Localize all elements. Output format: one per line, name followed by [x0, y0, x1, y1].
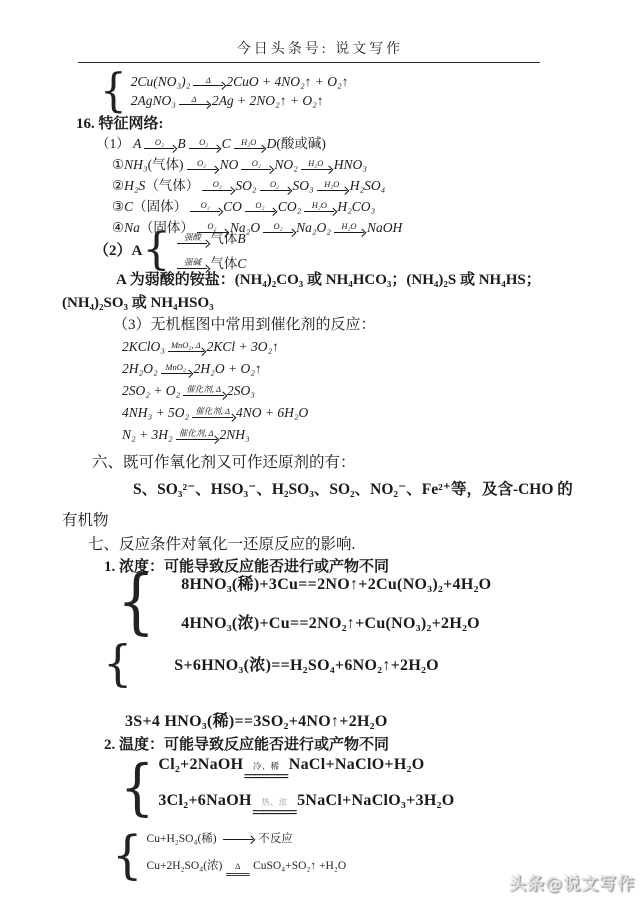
arrow-shaft [263, 232, 293, 233]
masthead-rule [78, 62, 540, 63]
eq-text: 2SO₃ [227, 383, 255, 398]
eq-text: B [177, 136, 185, 151]
eq-text: 3Cl₂+6NaOH [158, 792, 251, 809]
eq-text: （固体） [133, 199, 187, 214]
eq-text: 2Cu(NO₃)₂ [131, 74, 191, 89]
reaction-arrow-icon: O₂ [202, 180, 232, 191]
arrow-condition-label: 强酸 [181, 233, 204, 243]
eq-text: C [222, 136, 231, 151]
reaction-arrow-icon: O₂ [189, 138, 219, 149]
reaction-arrow-icon: 催化剂, Δ [183, 385, 224, 396]
reaction-arrow-icon: O₂ [144, 138, 174, 149]
eq-cu-nitrate: 2Cu(NO₃)₂Δ2CuO + 4NO₂↑ + O₂↑ [131, 74, 349, 90]
eq-cu-h2so4-dilute: Cu+H₂SO₄(稀) 不反应 [147, 830, 347, 846]
reaction-arrow-icon: H₂O [304, 201, 334, 212]
eq-text: (酸或碱) [276, 136, 326, 151]
eq-text: NaCl+NaClO+H₂O [289, 756, 425, 773]
document-page: 今日头条号: 说文写作 { 2Cu(NO₃)₂Δ2CuO + 4NO₂↑ + O… [0, 0, 640, 905]
eq-text: 气体 [210, 231, 237, 246]
brace: { [142, 228, 170, 272]
eq-text: NO [220, 157, 239, 172]
reaction-arrow-icon: Δ [193, 76, 223, 87]
arrow-shaft [192, 417, 233, 418]
eq-text: ② [112, 178, 124, 193]
eq-text: Cu+H₂SO₄(稀) [147, 833, 220, 845]
eq-group-cl2-naoh: { Cl₂+2NaOH冷、稀════NaCl+NaClO+H₂O 3Cl₂+6N… [120, 756, 454, 820]
eq-chain-c: ③C（固体）O₂COO₂CO₂H₂OH₂CO₃ [112, 195, 375, 215]
arrow-shaft [189, 148, 219, 149]
arrow-shaft [317, 190, 347, 191]
arrow-shaft [223, 839, 253, 840]
eq-cl2-naoh-hot: 3Cl₂+6NaOH热、浓════5NaCl+NaClO₃+3H₂O [158, 792, 454, 819]
reaction-arrow-icon: Δ [179, 95, 209, 106]
reaction-arrow-icon: H₂O [234, 138, 264, 149]
reaction-arrow-icon: O₂ [245, 201, 275, 212]
eq-text: NaOH [367, 220, 402, 235]
watermark: 头条@说文写作 [509, 869, 635, 894]
eq-text: N₂ + 3H₂ [122, 427, 173, 442]
arrow-shaft [245, 211, 275, 212]
brace: { [100, 68, 127, 113]
reaction-arrow-icon: O₂ [187, 159, 217, 170]
arrow-condition-label: Δ [188, 95, 199, 105]
eq-h2o2: 2H₂O₂MnO₂2H₂O + O₂↑ [122, 361, 262, 377]
arrow-shaft [187, 169, 217, 170]
eq-text: SO₃ [293, 178, 314, 193]
reaction-arrow-icon: O₂ [241, 159, 271, 170]
eq-kclo3: 2KClO₃MnO₂, Δ2KCl + 3O₂↑ [122, 339, 279, 355]
arrow-condition-label: H₂O [309, 201, 330, 211]
eq-text: A [130, 136, 142, 151]
reaction-arrow-icon: MnO₂, Δ [168, 341, 204, 352]
labeled-equals-icon: 热、浓════ [253, 798, 296, 819]
eq-text: 4NH₃ + 5O₂ [122, 405, 189, 420]
eq-chain-h2s: ②H₂S（气体）O₂SO₂O₂SO₃H₂OH₂SO₄ [112, 174, 385, 194]
arrow-condition-label: 催化剂, Δ [176, 429, 217, 439]
eq-text: CuSO₄+SO₂↑ +H₂O [250, 860, 346, 872]
eq-chain-general: （1） AO₂BO₂CH₂OD(酸或碱) [96, 132, 326, 152]
equals-glyph: ═══ [226, 871, 249, 879]
eq-group-cu-h2so4: { Cu+H₂SO₄(稀) 不反应 Cu+2H₂SO₄(浓) Δ═══ CuSO… [112, 830, 346, 880]
eq-text: （1） [96, 136, 130, 151]
section-3-title: （3）无机框图中常用到催化剂的反应： [113, 313, 376, 334]
oxidizer-reducer-list: S、SO₃²⁻、HSO₃⁻、H₂SO₃、SO₂、NO₂⁻、Fe²⁺等，及含-CH… [133, 477, 573, 499]
arrow-shaft [183, 395, 224, 396]
arrow-condition-label: Δ [203, 76, 214, 86]
eq-text: 2Ag + 2NO₂↑ + O₂↑ [212, 93, 324, 108]
reaction-arrow-icon: MnO₂ [161, 363, 191, 374]
arrow-shaft [304, 211, 334, 212]
ammonium-salts-line1: A 为弱酸的铵盐：(NH₄)₂CO₃ 或 NH₄HCO₃；(NH₄)₂S 或 N… [116, 268, 541, 289]
reaction-arrow-icon: O₂ [260, 180, 290, 191]
arrow-shaft [176, 439, 217, 440]
arrow-condition-label: H₂O [321, 180, 342, 190]
eq-group-hno3-cu: { 8HNO₃(稀)+3Cu==2NO↑+2Cu(NO₃)₂+4H₂O 4HNO… [117, 571, 491, 633]
arrow-shaft [301, 169, 331, 170]
section-16-title: 16. 特征网络: [76, 112, 164, 133]
eq-text: H₂SO₄ [350, 178, 386, 193]
eq-text: 2H₂O + O₂↑ [194, 361, 262, 376]
eq-text: Cu+2H₂SO₄(浓) [147, 860, 226, 872]
arrow-shaft [260, 190, 290, 191]
reaction-arrow-icon [223, 839, 253, 840]
eq-text: C [124, 199, 133, 214]
arrow-condition-label: O₂ [152, 138, 167, 148]
eq-text: 2KCl + 3O₂↑ [207, 339, 279, 354]
eq-cl2-naoh-cold: Cl₂+2NaOH冷、稀════NaCl+NaClO+H₂O [158, 756, 454, 783]
arrow-condition-label: MnO₂ [162, 363, 188, 373]
eq-text: 2CuO + 4NO₂↑ + O₂↑ [226, 74, 348, 89]
arrow-shaft [177, 243, 207, 244]
eq-group-nitrate-decomposition: { 2Cu(NO₃)₂Δ2CuO + 4NO₂↑ + O₂↑ 2AgNO₃Δ2A… [100, 70, 349, 112]
equals-glyph: ════ [253, 807, 296, 819]
ammonium-salts-line2: (NH₄)₂SO₃ 或 NH₄HSO₃ [62, 291, 214, 312]
reaction-arrow-icon: H₂O [301, 159, 331, 170]
reaction-arrow-icon: 催化剂, Δ [176, 429, 217, 440]
eq-s-hno3-conc: S+6HNO₃(浓)==H₂SO₄+6NO₂↑+2H₂O [174, 652, 439, 675]
eq-hno3-conc-cu: 4HNO₃(浓)+Cu==2NO₂↑+Cu(NO₃)₂+2H₂O [181, 610, 491, 633]
reaction-arrow-icon: O₂ [263, 222, 293, 233]
eq-text: ③ [112, 199, 124, 214]
temperature-note: 2. 温度：可能导致反应能否进行或产物不同 [104, 733, 389, 754]
arrow-condition-label: H₂O [238, 138, 259, 148]
eq-text: 不反应 [256, 833, 293, 845]
arrow-condition-label: O₂ [210, 180, 225, 190]
eq-text: D [267, 136, 277, 151]
eq-text: H₂S [124, 178, 145, 193]
reaction-arrow-icon: O₂ [190, 201, 220, 212]
eq-text: Na₂O₂ [296, 220, 331, 235]
section-2-prefix: （2）A [94, 239, 142, 260]
brace: { [117, 567, 155, 638]
labeled-equals-icon: 冷、稀════ [244, 762, 287, 783]
brace: { [120, 758, 154, 818]
arrow-shaft [168, 351, 204, 352]
equals-glyph: ════ [244, 771, 287, 783]
arrow-condition-label: 催化剂, Δ [183, 385, 224, 395]
eq-text: NO₂ [274, 157, 297, 172]
eq-text: B [237, 231, 245, 246]
eq-text: NH₃ [124, 157, 147, 172]
arrow-condition-label: O₂ [267, 180, 282, 190]
eq-text: H₂CO₃ [337, 199, 375, 214]
arrow-shaft [190, 211, 220, 212]
arrow-shaft [161, 373, 191, 374]
eq-text: 2AgNO₃ [131, 93, 176, 108]
eq-text: (气体) [148, 157, 184, 172]
arrow-condition-label: O₂ [271, 222, 286, 232]
reaction-arrow-icon: 强酸 [177, 233, 207, 244]
eq-cu-h2so4-conc: Cu+2H₂SO₄(浓) Δ═══ CuSO₄+SO₂↑ +H₂O [147, 857, 347, 880]
eq-group-s-hno3: { S+6HNO₃(浓)==H₂SO₄+6NO₂↑+2H₂O [103, 640, 439, 686]
eq-text: SO₂ [235, 178, 256, 193]
eq-text: 2NH₃ [220, 427, 250, 442]
reaction-arrow-icon: 催化剂, Δ [192, 407, 233, 418]
arrow-condition-label: H₂O [305, 159, 326, 169]
arrow-shaft [241, 169, 271, 170]
reaction-arrow-icon: H₂O [317, 180, 347, 191]
eq-text: ① [112, 157, 124, 172]
arrow-shaft [144, 148, 174, 149]
arrow-condition-label: O₂ [252, 201, 267, 211]
section-six-title: 六、既可作氧化剂又可作还原剂的有： [92, 450, 356, 472]
arrow-condition-label: H₂O [338, 222, 359, 232]
arrow-shaft [334, 232, 364, 233]
labeled-equals-icon: Δ═══ [226, 862, 249, 880]
eq-group-ammonium-salt: （2）A { 强酸气体B 强碱气体C [94, 227, 246, 272]
eq-so2-so3: 2SO₂ + O₂催化剂, Δ2SO₃ [122, 383, 255, 399]
arrow-condition-label: 催化剂, Δ [192, 407, 233, 417]
eq-ag-nitrate: 2AgNO₃Δ2Ag + 2NO₂↑ + O₂↑ [131, 93, 349, 109]
eq-text: 5NaCl+NaClO₃+3H₂O [297, 792, 454, 809]
brace: { [112, 829, 143, 881]
arrow-condition-label: 强碱 [181, 258, 204, 268]
eq-text: 2H₂O₂ [122, 361, 158, 376]
arrow-condition-label: O₂ [249, 159, 264, 169]
eq-text: 2SO₂ + O₂ [122, 383, 180, 398]
arrow-shaft [179, 104, 209, 105]
eq-chain-nh3: ①NH₃(气体)O₂NOO₂NO₂H₂OHNO₃ [112, 153, 367, 173]
eq-text: 4NO + 6H₂O [236, 405, 308, 420]
arrow-shaft [193, 85, 223, 86]
eq-nh3-oxidation: 4NH₃ + 5O₂催化剂, Δ4NO + 6H₂O [122, 405, 308, 421]
eq-a-to-gas-b: 强酸气体B [174, 227, 246, 247]
eq-text: HNO₃ [334, 157, 367, 172]
eq-text: CO [223, 199, 242, 214]
arrow-shaft [234, 148, 264, 149]
brace: { [103, 639, 132, 687]
arrow-condition-label: O₂ [194, 159, 209, 169]
eq-text: Cl₂+2NaOH [158, 756, 243, 773]
eq-text: 2KClO₃ [122, 339, 165, 354]
eq-s-hno3-dilute: 3S+4 HNO₃(稀)==3SO₂+4NO↑+2H₂O [125, 708, 388, 731]
arrow-condition-label: O₂ [196, 138, 211, 148]
eq-text: （气体） [145, 178, 199, 193]
organic-compounds-note: 有机物 [62, 508, 109, 530]
arrow-condition-label: O₂ [198, 201, 213, 211]
eq-n2-h2: N₂ + 3H₂催化剂, Δ2NH₃ [122, 427, 250, 443]
arrow-condition-label: MnO₂, Δ [168, 341, 204, 351]
reaction-arrow-icon: H₂O [334, 222, 364, 233]
arrow-shaft [202, 190, 232, 191]
eq-hno3-dilute-cu: 8HNO₃(稀)+3Cu==2NO↑+2Cu(NO₃)₂+4H₂O [181, 571, 491, 594]
masthead-title: 今日头条号: 说文写作 [0, 38, 640, 58]
eq-text: CO₂ [278, 199, 301, 214]
section-seven-title: 七、反应条件对氧化一还原反应的影响. [88, 532, 355, 554]
